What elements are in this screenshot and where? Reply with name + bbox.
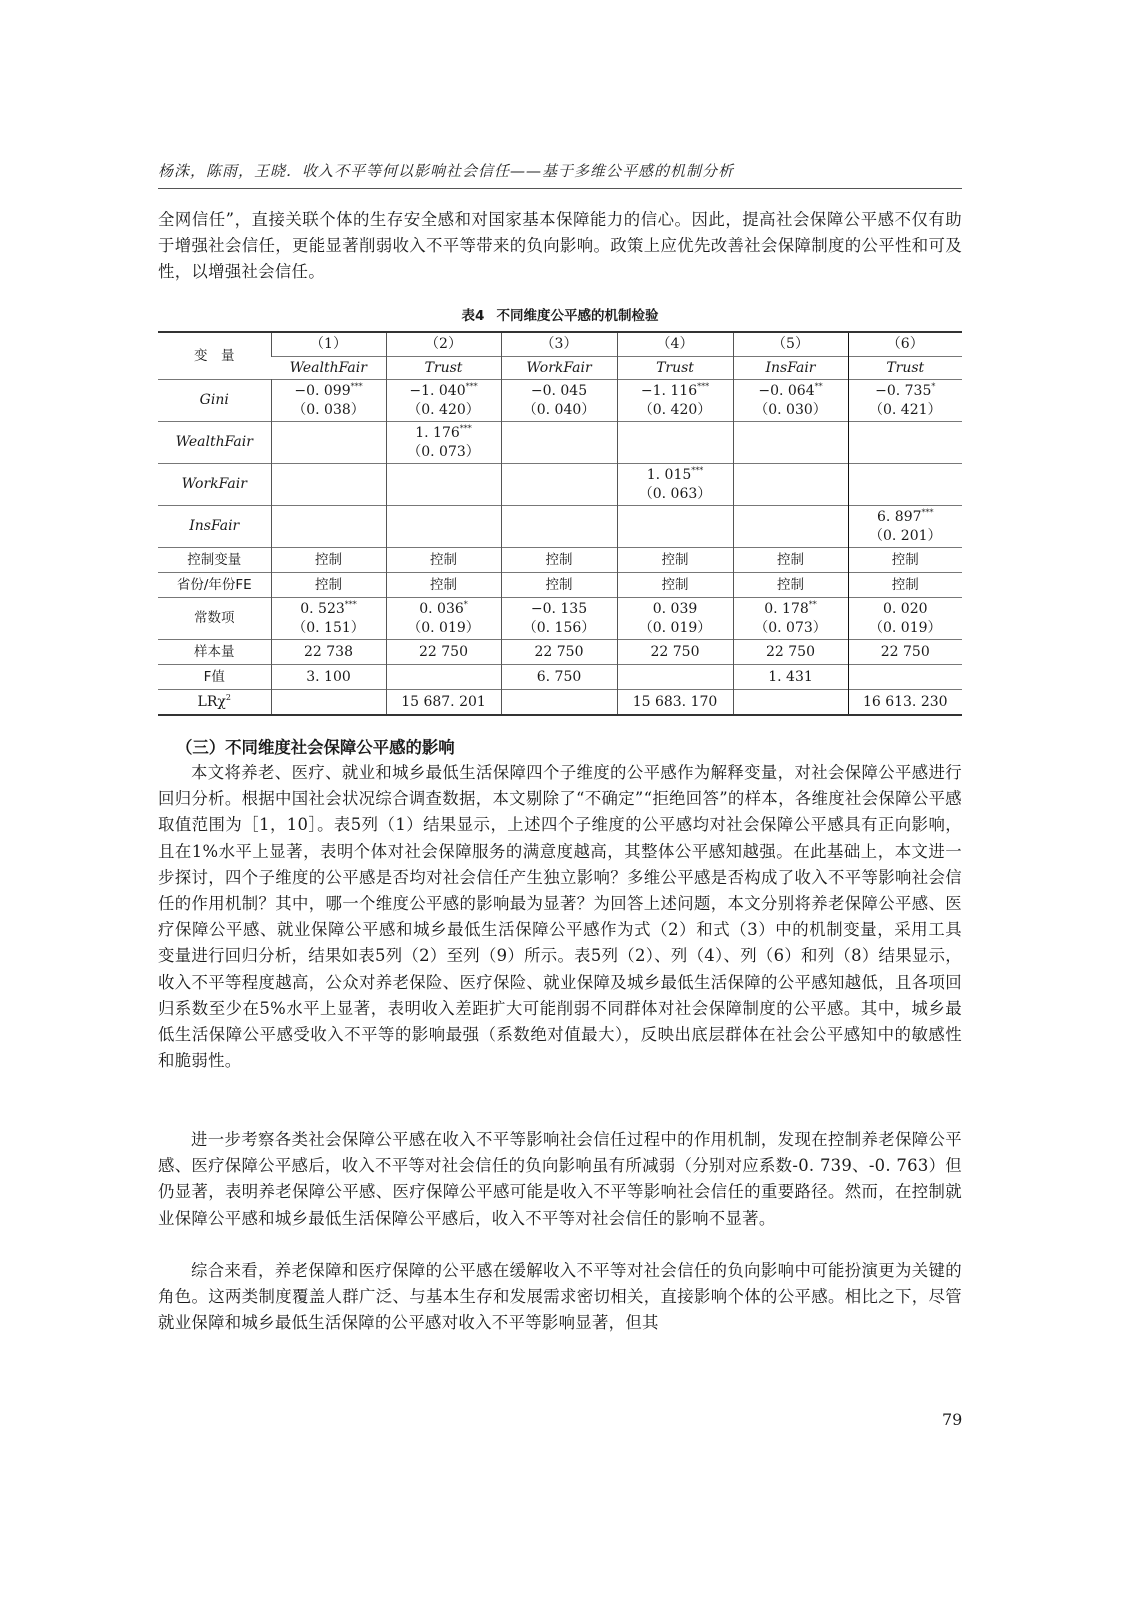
cell [386, 464, 501, 506]
cell: 0. 523***（0. 151） [271, 598, 386, 640]
col-dep: WealthFair [271, 357, 386, 380]
cell [501, 690, 617, 716]
row-label: F值 [158, 665, 271, 690]
cell: −1. 116***（0. 420） [617, 380, 733, 422]
header-rule [158, 188, 962, 189]
cell: 0. 020（0. 019） [848, 598, 962, 640]
paragraph-body-1: 本文将养老、医疗、就业和城乡最低生活保障四个子维度的公平感作为解释变量，对社会保… [158, 760, 962, 1074]
page-number: 79 [942, 1410, 962, 1429]
cell: −0. 735*（0. 421） [848, 380, 962, 422]
table-title: 不同维度公平感的机制检验 [496, 308, 658, 324]
regression-table: 变 量 （1） （2） （3） （4） （5） （6） WealthFair T… [158, 331, 962, 716]
cell: −0. 099***（0. 038） [271, 380, 386, 422]
cell [501, 422, 617, 464]
cell [848, 464, 962, 506]
cell [848, 665, 962, 690]
cell: 0. 178**（0. 073） [733, 598, 848, 640]
row-label: 常数项 [158, 598, 271, 640]
cell: 控制 [271, 573, 386, 598]
cell [733, 464, 848, 506]
cell: −0. 064**（0. 030） [733, 380, 848, 422]
col-dep: Trust [386, 357, 501, 380]
cell: 16 613. 230 [848, 690, 962, 716]
paragraph-intro: 全网信任”，直接关联个体的生存安全感和对国家基本保障能力的信心。因此，提高社会保… [158, 207, 962, 286]
cell [271, 464, 386, 506]
row-label: 控制变量 [158, 548, 271, 573]
cell: 22 750 [848, 640, 962, 665]
paragraph-body-2: 进一步考察各类社会保障公平感在收入不平等影响社会信任过程中的作用机制，发现在控制… [158, 1127, 962, 1232]
cell: 控制 [501, 548, 617, 573]
cell: 6. 750 [501, 665, 617, 690]
col-dep: Trust [848, 357, 962, 380]
table-header-row-dependent: WealthFair Trust WorkFair Trust InsFair … [158, 357, 962, 380]
table-row-lr-chi2: LRχ2 15 687. 201 15 683. 170 16 613. 230 [158, 690, 962, 716]
table-row-insfair: InsFair 6. 897***（0. 201） [158, 506, 962, 548]
cell: 1. 176***（0. 073） [386, 422, 501, 464]
cell: 0. 039（0. 019） [617, 598, 733, 640]
paragraph-body-3: 综合来看，养老保障和医疗保障的公平感在缓解收入不平等对社会信任的负向影响中可能扮… [158, 1258, 962, 1337]
table-number: 表4 [462, 308, 485, 324]
table-row-sample-size: 样本量 22 738 22 750 22 750 22 750 22 750 2… [158, 640, 962, 665]
col-num: （4） [617, 332, 733, 357]
cell: −0. 045（0. 040） [501, 380, 617, 422]
cell [271, 690, 386, 716]
cell [617, 506, 733, 548]
cell: 22 750 [386, 640, 501, 665]
running-head: 杨洙，陈雨，王晓．收入不平等何以影响社会信任——基于多维公平感的机制分析 [158, 160, 962, 181]
col-num: （6） [848, 332, 962, 357]
col-num: （5） [733, 332, 848, 357]
cell [733, 422, 848, 464]
row-label: 样本量 [158, 640, 271, 665]
table-row-constant: 常数项 0. 523***（0. 151） 0. 036*（0. 019） −0… [158, 598, 962, 640]
cell: 控制 [501, 573, 617, 598]
cell [386, 506, 501, 548]
cell: 控制 [271, 548, 386, 573]
cell: 1. 431 [733, 665, 848, 690]
col-dep: Trust [617, 357, 733, 380]
cell [386, 665, 501, 690]
cell: 1. 015***（0. 063） [617, 464, 733, 506]
row-label: WorkFair [158, 464, 271, 506]
col-dep: WorkFair [501, 357, 617, 380]
cell: −0. 135（0. 156） [501, 598, 617, 640]
col-num: （3） [501, 332, 617, 357]
cell: 控制 [733, 548, 848, 573]
cell: 22 738 [271, 640, 386, 665]
section-heading: （三）不同维度社会保障公平感的影响 [176, 734, 455, 758]
row-label: LRχ2 [158, 690, 271, 716]
cell: 3. 100 [271, 665, 386, 690]
col-dep: InsFair [733, 357, 848, 380]
cell: 控制 [733, 573, 848, 598]
cell [271, 422, 386, 464]
cell [271, 506, 386, 548]
cell: 15 687. 201 [386, 690, 501, 716]
cell: 22 750 [501, 640, 617, 665]
table-row-workfair: WorkFair 1. 015***（0. 063） [158, 464, 962, 506]
table-row-f-value: F值 3. 100 6. 750 1. 431 [158, 665, 962, 690]
cell [617, 422, 733, 464]
cell: 控制 [617, 548, 733, 573]
cell: −1. 040***（0. 420） [386, 380, 501, 422]
row-label: InsFair [158, 506, 271, 548]
cell [733, 690, 848, 716]
table-row-controls: 控制变量 控制 控制 控制 控制 控制 控制 [158, 548, 962, 573]
cell: 控制 [848, 548, 962, 573]
col-num: （1） [271, 332, 386, 357]
cell: 22 750 [733, 640, 848, 665]
table-row-wealthfair: WealthFair 1. 176***（0. 073） [158, 422, 962, 464]
table-row-gini: Gini −0. 099***（0. 038） −1. 040***（0. 42… [158, 380, 962, 422]
cell: 15 683. 170 [617, 690, 733, 716]
table-header-row-numbers: 变 量 （1） （2） （3） （4） （5） （6） [158, 332, 962, 357]
row-label: WealthFair [158, 422, 271, 464]
cell [733, 506, 848, 548]
cell: 控制 [386, 573, 501, 598]
row-label: Gini [158, 380, 271, 422]
cell [501, 464, 617, 506]
row-label: 省份/年份FE [158, 573, 271, 598]
cell [617, 665, 733, 690]
table-caption: 表4不同维度公平感的机制检验 [158, 304, 962, 324]
col-num: （2） [386, 332, 501, 357]
cell: 0. 036*（0. 019） [386, 598, 501, 640]
cell: 6. 897***（0. 201） [848, 506, 962, 548]
table-row-fe: 省份/年份FE 控制 控制 控制 控制 控制 控制 [158, 573, 962, 598]
variable-header: 变 量 [158, 332, 271, 380]
cell [848, 422, 962, 464]
cell: 控制 [617, 573, 733, 598]
cell: 控制 [386, 548, 501, 573]
cell [501, 506, 617, 548]
cell: 控制 [848, 573, 962, 598]
cell: 22 750 [617, 640, 733, 665]
